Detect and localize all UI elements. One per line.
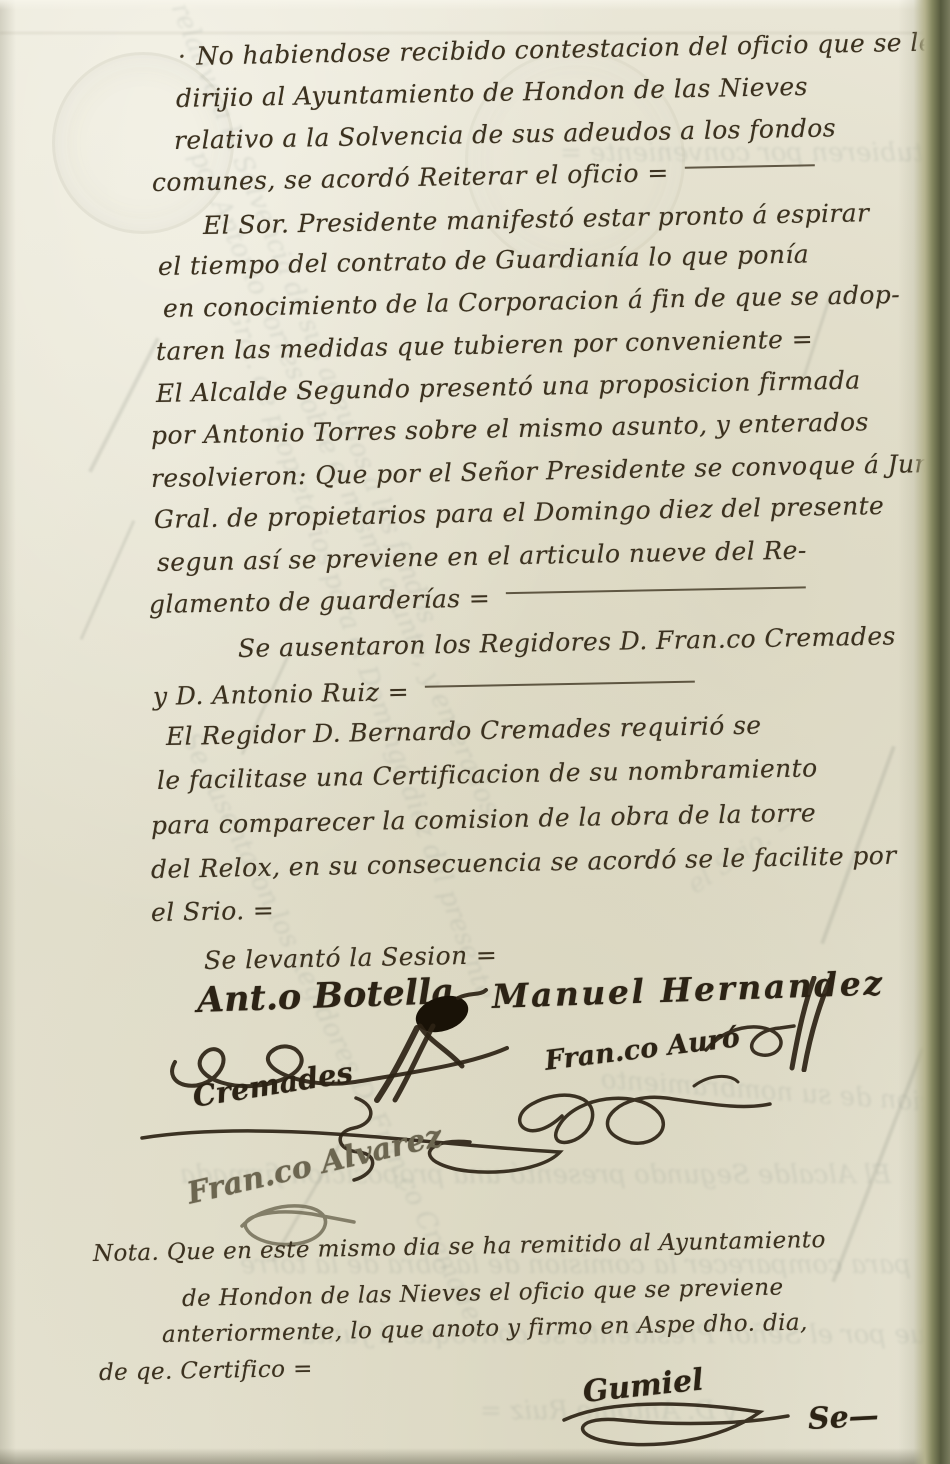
manuscript-line: El Regidor D. Bernardo Cremades requirió… xyxy=(166,713,762,749)
gumiel-rubric xyxy=(556,1398,812,1454)
manuscript-line: Se ausentaron los Regidores D. Fran.co C… xyxy=(238,623,896,661)
manuscript-line: El Alcalde Segundo presentó una proposic… xyxy=(156,367,861,406)
line-text: El Regidor D. Bernardo Cremades requirió… xyxy=(166,711,762,751)
ruled-filler-dash xyxy=(425,680,695,687)
manuscript-line: Gral. de propietarios para el Domingo di… xyxy=(154,493,885,532)
manuscript-line: le facilitase una Certificacion de su no… xyxy=(157,755,818,793)
manuscript-line: relativo a la Solvencia de sus adeudos a… xyxy=(174,115,836,153)
nota-line: de Hondon de las Nieves el oficio que se… xyxy=(182,1276,784,1311)
line-text: el Srio. = xyxy=(151,896,275,927)
line-text: anteriormente, lo que anoto y firmo en A… xyxy=(162,1310,808,1348)
manuscript-line: resolvieron: Que por el Señor Presidente… xyxy=(151,451,950,491)
line-text: para comparecer la comision de la obra d… xyxy=(151,798,817,840)
line-text: de qe. Certifico = xyxy=(99,1356,313,1386)
line-text: Se ausentaron los Regidores D. Fran.co C… xyxy=(238,621,896,663)
smudge-stroke xyxy=(80,520,136,640)
manuscript-line: Se levantó la Sesion = xyxy=(204,942,498,973)
nota-line: de qe. Certifico = xyxy=(99,1358,313,1385)
manuscript-line: el Srio. = xyxy=(151,898,275,925)
page-edge-top xyxy=(0,0,950,10)
catchword: Se— xyxy=(807,1401,879,1435)
smudge-stroke xyxy=(88,337,160,472)
line-text: El Alcalde Segundo presentó una proposic… xyxy=(156,365,861,408)
line-text: resolvieron: Que por el Señor Presidente… xyxy=(151,449,950,493)
manuscript-line: ·No habiendose recibido contestacion del… xyxy=(178,29,934,69)
nota-line: anteriormente, lo que anoto y firmo en A… xyxy=(162,1312,808,1347)
manuscript-page-scan: relativo a la Solvencia de sus adeudos a… xyxy=(0,0,950,1464)
ruled-filler-dash xyxy=(685,164,815,168)
line-text: Nota. Que en este mismo dia se ha remiti… xyxy=(93,1227,826,1267)
line-text: y D. Antonio Ruiz = xyxy=(153,677,410,711)
manuscript-line: el tiempo del contrato de Guardianía lo … xyxy=(158,242,810,279)
manuscript-line: dirijio al Ayuntamiento de Hondon de las… xyxy=(176,74,808,111)
manuscript-line: para comparecer la comision de la obra d… xyxy=(151,800,817,838)
manuscript-line: El Sor. Presidente manifestó estar pront… xyxy=(203,200,870,238)
ruled-filler-dash xyxy=(506,586,806,594)
line-text: en conocimiento de la Corporacion á fin … xyxy=(163,280,901,323)
manuscript-line: taren las medidas que tubieren por conve… xyxy=(156,326,813,364)
line-text: por Antonio Torres sobre el mismo asunto… xyxy=(151,407,869,450)
line-text: dirijio al Ayuntamiento de Hondon de las… xyxy=(176,72,808,113)
manuscript-line: del Relox, en su consecuencia se acordó … xyxy=(151,843,897,882)
manuscript-line: y D. Antonio Ruiz = xyxy=(153,674,695,709)
line-text: Se levantó la Sesion = xyxy=(204,940,498,975)
manuscript-line: por Antonio Torres sobre el mismo asunto… xyxy=(151,409,869,448)
line-text: de Hondon de las Nieves el oficio que se… xyxy=(182,1274,784,1312)
manuscript-line: glamento de guarderías = xyxy=(149,579,807,617)
page-edge-left xyxy=(0,0,16,1464)
binding-edge xyxy=(898,0,950,1464)
ink-dot: · xyxy=(178,42,187,71)
nota-line: Nota. Que en este mismo dia se ha remiti… xyxy=(93,1229,826,1266)
manuscript-line: en conocimiento de la Corporacion á fin … xyxy=(163,282,900,321)
line-text: del Relox, en su consecuencia se acordó … xyxy=(151,841,897,884)
line-text: taren las medidas que tubieren por conve… xyxy=(156,324,814,366)
line-text: el tiempo del contrato de Guardianía lo … xyxy=(158,240,810,281)
smudge-stroke xyxy=(831,1048,924,1283)
line-text: Gral. de propietarios para el Domingo di… xyxy=(154,491,885,534)
line-text: glamento de guarderías = xyxy=(149,583,491,619)
line-text: segun así se previene en el articulo nue… xyxy=(157,536,807,577)
manuscript-line: segun así se previene en el articulo nue… xyxy=(157,538,807,575)
line-text: le facilitase una Certificacion de su no… xyxy=(157,753,818,795)
manuscript-line: comunes, se acordó Reiterar el oficio = xyxy=(152,157,815,195)
